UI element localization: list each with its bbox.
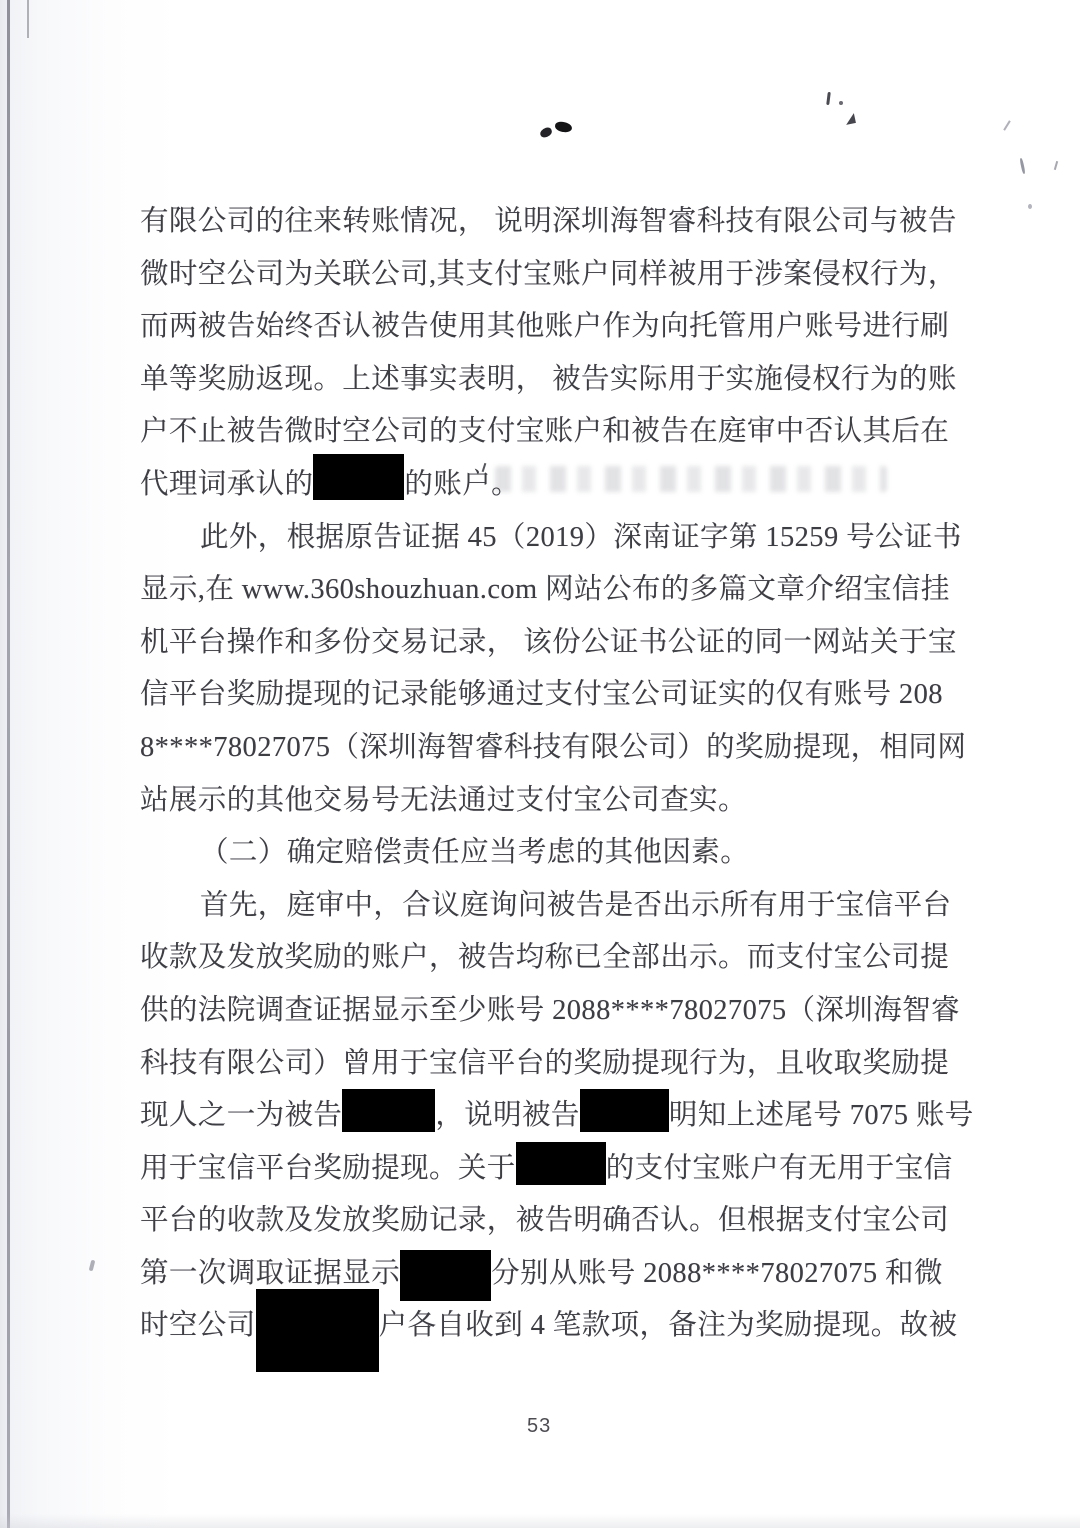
text-run: 分别从账号 2088****78027075 和微 bbox=[491, 1258, 943, 1289]
text-line: 时空公司户各自收到 4 笔款项，备注为奖励提现。故被 bbox=[140, 1300, 952, 1353]
text-run: 微时空公司为关联公司,其支付宝账户同样被用于涉案侵权行为， bbox=[140, 259, 957, 290]
text-run: 显示,在 www.360shouzhuan.com 网站公布的多篇文章介绍宝信挂 bbox=[140, 574, 950, 605]
scan-edge-line bbox=[7, 0, 10, 1528]
pen-dot-mark bbox=[839, 101, 843, 105]
text-line: 单等奖励返现。上述事实表明， 被告实际用于实施侵权行为的账 bbox=[140, 354, 952, 407]
faint-scan-mark bbox=[1028, 204, 1032, 209]
text-run: 机平台操作和多份交易记录， 该份公证书公证的同一网站关于宝 bbox=[140, 627, 957, 658]
text-line: 8****78027075（深圳海智睿科技有限公司）的奖励提现，相同网 bbox=[140, 722, 952, 775]
text-run: 平台的收款及发放奖励记录，被告明确否认。但根据支付宝公司 bbox=[140, 1205, 949, 1236]
text-run: （二）确定赔偿责任应当考虑的其他因素。 bbox=[200, 837, 749, 868]
text-line: （二）确定赔偿责任应当考虑的其他因素。 bbox=[140, 827, 952, 880]
page-number: 53 bbox=[527, 1415, 551, 1438]
text-run: 此外，根据原告证据 45（2019）深南证字第 15259 号公证书 bbox=[200, 522, 962, 553]
text-run: 收款及发放奖励的账户，被告均称已全部出示。而支付宝公司提 bbox=[140, 942, 949, 973]
text-run: 8****78027075（深圳海智睿科技有限公司）的奖励提现，相同网 bbox=[140, 732, 966, 763]
text-line: 平台的收款及发放奖励记录，被告明确否认。但根据支付宝公司 bbox=[140, 1195, 952, 1248]
text-line: 而两被告始终否认被告使用其他账户作为向托管用户账号进行刷 bbox=[140, 301, 952, 354]
text-run: 明知上述尾号 7075 账号 bbox=[669, 1100, 974, 1131]
scan-edge-line-short bbox=[27, 0, 29, 38]
text-line: 此外，根据原告证据 45（2019）深南证字第 15259 号公证书 bbox=[140, 512, 952, 565]
text-run: 的支付宝账户有无用于宝信 bbox=[606, 1153, 953, 1184]
text-line: 代理词承认的的账户。 bbox=[140, 459, 952, 512]
text-run: 第一次调取证据显示 bbox=[140, 1258, 400, 1289]
text-run: 有限公司的往来转账情况， 说明深圳海智睿科技有限公司与被告 bbox=[140, 206, 957, 237]
text-line: 机平台操作和多份交易记录， 该份公证书公证的同一网站关于宝 bbox=[140, 617, 952, 670]
text-line: 科技有限公司）曾用于宝信平台的奖励提现行为，且收取奖励提 bbox=[140, 1038, 952, 1091]
redaction-box bbox=[516, 1165, 606, 1175]
text-line: 信平台奖励提现的记录能够通过支付宝公司证实的仅有账号 208 bbox=[140, 669, 952, 722]
text-line: 收款及发放奖励的账户，被告均称已全部出示。而支付宝公司提 bbox=[140, 932, 952, 985]
text-run: 时空公司 bbox=[140, 1310, 256, 1341]
text-line: 供的法院调查证据显示至少账号 2088****78027075（深圳海智睿 bbox=[140, 985, 952, 1038]
text-run: 代理词承认的 bbox=[140, 469, 313, 500]
text-line: 户不止被告微时空公司的支付宝账户和被告在庭审中否认其后在 bbox=[140, 406, 952, 459]
text-line: 首先，庭审中，合议庭询问被告是否出示所有用于宝信平台 bbox=[140, 880, 952, 933]
text-run: 信平台奖励提现的记录能够通过支付宝公司证实的仅有账号 208 bbox=[140, 679, 943, 710]
text-block: 有限公司的往来转账情况， 说明深圳海智睿科技有限公司与被告微时空公司为关联公司,… bbox=[140, 196, 952, 1353]
text-line: 显示,在 www.360shouzhuan.com 网站公布的多篇文章介绍宝信挂 bbox=[140, 564, 952, 617]
text-run: 用于宝信平台奖励提现。关于 bbox=[140, 1153, 516, 1184]
scanned-document-page: { "page": { "number": "53" }, "document"… bbox=[0, 0, 1080, 1528]
text-line: 有限公司的往来转账情况， 说明深圳海智睿科技有限公司与被告 bbox=[140, 196, 952, 249]
text-run: 单等奖励返现。上述事实表明， 被告实际用于实施侵权行为的账 bbox=[140, 364, 957, 395]
text-line: 微时空公司为关联公司,其支付宝账户同样被用于涉案侵权行为， bbox=[140, 249, 952, 302]
text-run: 现人之一为被告 bbox=[140, 1100, 342, 1131]
redaction-box bbox=[342, 1113, 435, 1123]
text-run: 的账户。 bbox=[404, 469, 520, 500]
redaction-box bbox=[400, 1270, 491, 1280]
text-line: 现人之一为被告，说明被告明知上述尾号 7075 账号 bbox=[140, 1090, 952, 1143]
text-run: 户各自收到 4 笔款项，备注为奖励提现。故被 bbox=[379, 1310, 958, 1341]
scan-bottom-shade bbox=[0, 1514, 1080, 1528]
redaction-box bbox=[580, 1113, 669, 1123]
text-run: 供的法院调查证据显示至少账号 2088****78027075（深圳海智睿 bbox=[140, 995, 960, 1026]
text-line: 用于宝信平台奖励提现。关于的支付宝账户有无用于宝信 bbox=[140, 1143, 952, 1196]
text-run: ，说明被告 bbox=[435, 1100, 580, 1131]
text-run: 而两被告始终否认被告使用其他账户作为向托管用户账号进行刷 bbox=[140, 311, 949, 342]
text-line: 站展示的其他交易号无法通过支付宝公司查实。 bbox=[140, 775, 952, 828]
pen-triangle-mark bbox=[844, 113, 856, 125]
text-run: 户不止被告微时空公司的支付宝账户和被告在庭审中否认其后在 bbox=[140, 416, 949, 447]
text-run: 站展示的其他交易号无法通过支付宝公司查实。 bbox=[140, 785, 747, 816]
redaction-box bbox=[313, 481, 404, 491]
text-run: 科技有限公司）曾用于宝信平台的奖励提现行为，且收取奖励提 bbox=[140, 1048, 949, 1079]
text-run: 首先，庭审中，合议庭询问被告是否出示所有用于宝信平台 bbox=[200, 890, 951, 921]
redaction-box bbox=[256, 1323, 379, 1333]
